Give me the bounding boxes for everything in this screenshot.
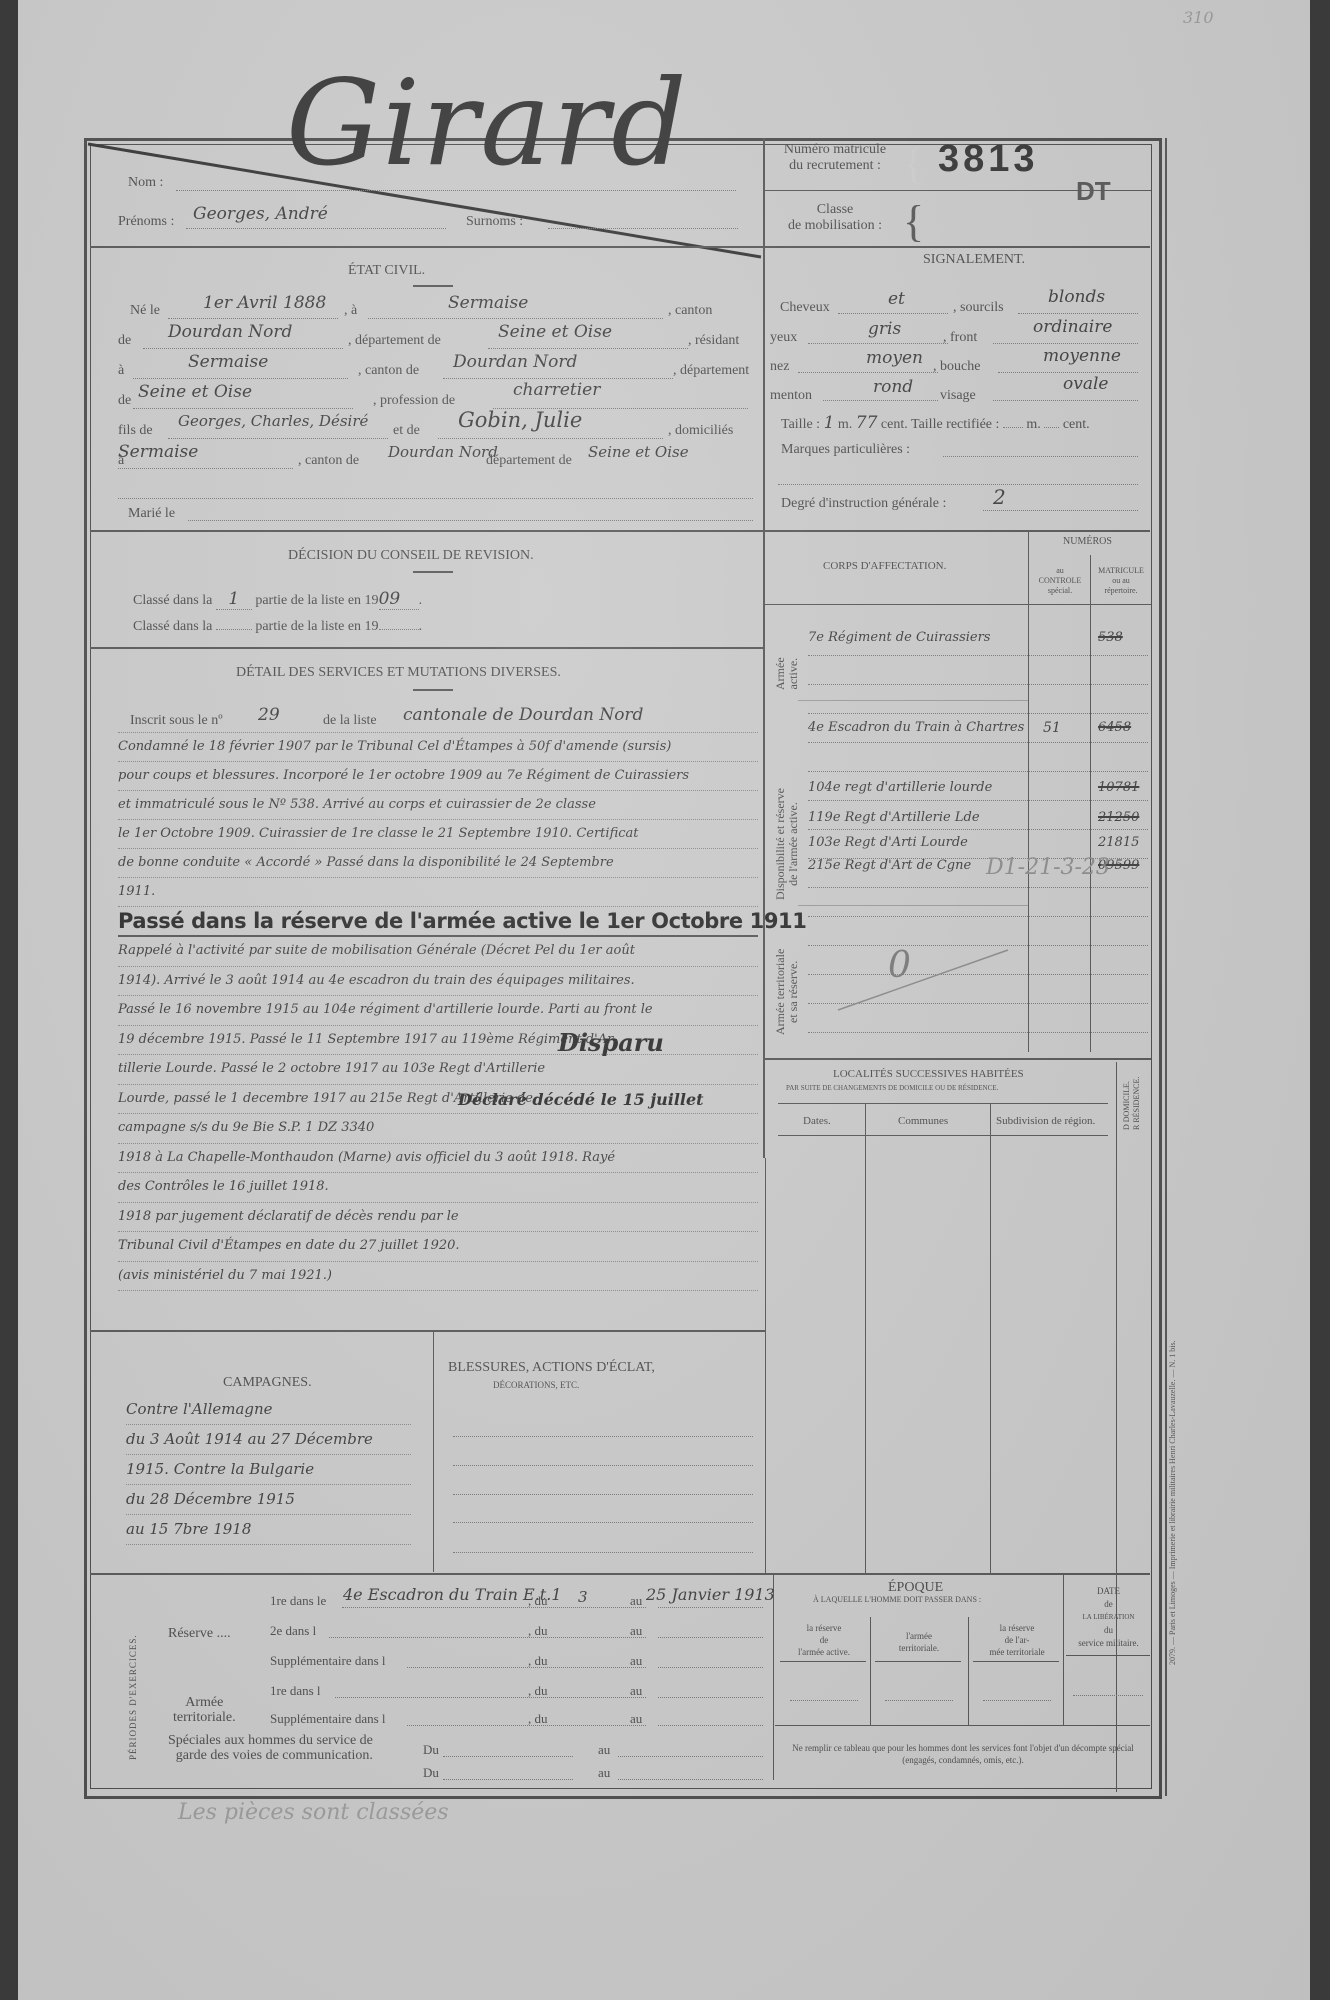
residence-line xyxy=(133,378,348,379)
periode-line xyxy=(443,1756,573,1757)
reserve-line: Passé dans la réserve de l'armée active … xyxy=(118,907,758,937)
header-line: de xyxy=(1066,1598,1151,1611)
periode-line xyxy=(335,1697,646,1698)
canton-residence-line xyxy=(443,378,673,379)
mere-value: Gobin, Julie xyxy=(458,408,582,432)
etat-civil-title: ÉTAT CIVIL. xyxy=(348,263,425,279)
label-line: garde des voies de communication. xyxy=(168,1748,373,1763)
au-value: 25 Janvier 1913 xyxy=(646,1585,775,1604)
epoque-note-divider xyxy=(775,1725,1150,1726)
canton2-label: , canton de xyxy=(358,363,419,379)
col-controle-line: CONTROLE xyxy=(1030,576,1090,586)
a-label: , à xyxy=(344,303,357,319)
handwritten-line: et immatriculé sous le Nº 538. Arrivé au… xyxy=(118,791,758,820)
prenoms-line xyxy=(186,228,446,229)
localites-side-divider xyxy=(1116,1062,1117,1792)
canton3-label: , canton de xyxy=(298,453,359,469)
visage-label: visage xyxy=(940,388,976,404)
campagnes-blessures-divider xyxy=(433,1332,434,1572)
au-label: au xyxy=(598,1765,610,1781)
departement3-label: département de xyxy=(486,453,572,469)
classe-label: Classé dans la xyxy=(133,593,212,608)
armee-active-label: Armée active. xyxy=(774,657,800,690)
corps-header-divider xyxy=(765,604,1151,605)
periode-label: Du xyxy=(423,1742,439,1758)
corps-name: 103e Regt d'Arti Lourde xyxy=(808,835,968,850)
imprimeur-text: 2079. — Paris et Limoges — Imprimerie et… xyxy=(1168,1340,1177,1665)
blessures-title: BLESSURES, ACTIONS D'ÉCLAT, xyxy=(448,1360,655,1376)
matricule-value: 21815 xyxy=(1098,835,1139,850)
degre-instruction-value: 2 xyxy=(993,485,1006,509)
corps-guide-line xyxy=(808,742,1148,743)
date-liberation-divider xyxy=(1063,1575,1064,1725)
pencil-note: Les pièces sont classées xyxy=(178,1800,449,1825)
cheveux-line xyxy=(838,313,948,314)
surnoms-line xyxy=(548,228,738,229)
localites-divider xyxy=(765,1058,1151,1060)
classe-label: Classé dans la xyxy=(133,619,212,634)
residence-value: Sermaise xyxy=(188,352,268,372)
col-matricule-header: MATRICULE ou au répertoire. xyxy=(1091,566,1151,596)
label-line: territoriale. xyxy=(173,1710,236,1725)
fils-de-label: fils de xyxy=(118,423,153,439)
partie-value: 1 xyxy=(216,589,252,610)
header-line: territoriale. xyxy=(873,1642,965,1654)
header-line: la réserve xyxy=(971,1622,1063,1634)
localites-col-dates: Dates. xyxy=(803,1115,831,1127)
group-label-line: de l'armée active. xyxy=(787,788,800,900)
yeux-label: yeux xyxy=(770,330,797,346)
sourcils-value: blonds xyxy=(1048,287,1105,307)
periode-label: 2e dans l xyxy=(270,1623,316,1639)
du-label: , du xyxy=(528,1593,548,1609)
taille-label: Taille : xyxy=(781,417,820,432)
periode-line xyxy=(329,1637,647,1638)
ne-le-line xyxy=(168,318,338,319)
matricule-value: 3813 xyxy=(938,138,1039,181)
handwritten-line: du 28 Décembre 1915 xyxy=(126,1485,411,1515)
handwritten-line: pour coups et blessures. Incorporé le 1e… xyxy=(118,762,758,791)
au-label: au xyxy=(630,1593,642,1609)
corps-guide-line xyxy=(808,713,1148,714)
signalement-title: SIGNALEMENT. xyxy=(923,252,1025,268)
col-controle-header: au CONTROLE spécial. xyxy=(1030,566,1090,596)
corps-name: 4e Escadron du Train à Chartres xyxy=(808,720,1024,735)
title-underline xyxy=(413,689,453,691)
au-line xyxy=(658,1667,763,1668)
group-separator xyxy=(798,905,1028,906)
ne-le-value: 1er Avril 1888 xyxy=(203,293,326,313)
corps-guide-line xyxy=(808,1032,1148,1033)
handwritten-line: Tribunal Civil d'Étampes en date du 27 j… xyxy=(118,1232,758,1262)
date-liberation-header: DATE de LA LIBÉRATION du service militai… xyxy=(1066,1585,1151,1650)
label-line: Armée xyxy=(173,1695,236,1710)
du-value: 3 xyxy=(578,1588,588,1606)
header-line: de l'ar- xyxy=(971,1634,1063,1646)
menton-label: menton xyxy=(770,388,812,404)
header-line: de xyxy=(778,1634,870,1646)
handwritten-line: campagne s/s du 9e Bie S.P. 1 DZ 3340 xyxy=(118,1114,758,1144)
services-title: DÉTAIL DES SERVICES ET MUTATIONS DIVERSE… xyxy=(236,665,561,681)
pere-line xyxy=(168,438,388,439)
corps-name: 119e Regt d'Artillerie Lde xyxy=(808,810,980,825)
col-controle-line: au xyxy=(1030,566,1090,576)
corps-affectation-header: CORPS D'AFFECTATION. xyxy=(823,560,946,572)
periode-line xyxy=(342,1607,647,1608)
au-label: au xyxy=(630,1711,642,1727)
departement-label: , département de xyxy=(348,333,441,349)
marie-line xyxy=(188,520,753,521)
header-line: service militaire. xyxy=(1066,1637,1151,1650)
disponibilite-reserve-label: Disponibilité et réserve de l'armée acti… xyxy=(774,788,800,900)
title-underline xyxy=(413,285,453,287)
handwritten-line: Condamné le 18 février 1907 par le Tribu… xyxy=(118,733,758,762)
partie-label: partie de la liste en 19 xyxy=(255,619,378,634)
handwritten-line: du 3 Août 1914 au 27 Décembre xyxy=(126,1425,411,1455)
au-label: au xyxy=(598,1742,610,1758)
taille-rectifiee-m-label: m. xyxy=(1026,417,1040,432)
profession-value: charretier xyxy=(513,380,600,400)
visage-value: ovale xyxy=(1063,374,1108,394)
degre-instruction-line xyxy=(983,510,1138,511)
col-matricule-line: répertoire. xyxy=(1091,586,1151,596)
du-label: , du xyxy=(528,1683,548,1699)
right-rule xyxy=(1165,138,1167,1796)
conseil-row-2: Classé dans la partie de la liste en 19. xyxy=(133,619,422,635)
matricule-label-1: Numéro matricule xyxy=(770,142,900,158)
campagnes-divider xyxy=(90,1330,765,1332)
date-liberation-line xyxy=(1073,1695,1143,1696)
domicilies-label: , domiciliés xyxy=(668,423,733,439)
marie-label: Marié le xyxy=(128,506,175,522)
classe-label: Classe de mobilisation : xyxy=(770,202,900,234)
bouche-line xyxy=(998,372,1138,373)
corps-guide-line xyxy=(808,829,1148,830)
side-column-label: R RÉSIDENCE. xyxy=(1132,1077,1142,1130)
blessures-subtitle: DÉCORATIONS, ETC. xyxy=(493,1380,579,1390)
periodes-side-label: PÉRIODES D'EXERCICES. xyxy=(128,1634,138,1760)
domicile-parents-value: Sermaise xyxy=(118,442,198,462)
matricule-col-divider xyxy=(1090,555,1091,1052)
taille-cent-label: cent. xyxy=(881,417,908,432)
handwritten-line: 1918 à La Chapelle-Monthaudon (Marne) av… xyxy=(118,1144,758,1174)
canton-residence-value: Dourdan Nord xyxy=(453,352,577,372)
brace-icon: { xyxy=(903,138,924,189)
departement-residence-line xyxy=(133,408,353,409)
header-strike-line xyxy=(86,142,766,262)
yeux-line xyxy=(808,343,948,344)
nez-value: moyen xyxy=(866,348,923,368)
profession-label: , profession de xyxy=(373,393,455,409)
col-controle-line: spécial. xyxy=(1030,586,1090,596)
classe-label-1: Classe xyxy=(770,202,900,218)
epoque-col-rule xyxy=(780,1661,866,1662)
taille-cent-value: 77 xyxy=(856,413,878,433)
conseil-row-1: Classé dans la 1 partie de la liste en 1… xyxy=(133,589,422,610)
header-line: LA LIBÉRATION xyxy=(1066,1611,1151,1624)
handwritten-line: des Contrôles le 16 juillet 1918. xyxy=(118,1173,758,1203)
du-label: , du xyxy=(528,1711,548,1727)
periodes-divider xyxy=(90,1573,1150,1575)
front-line xyxy=(993,343,1138,344)
stamp-dt: DT xyxy=(1076,176,1111,207)
handwritten-line: 1914). Arrivé le 3 août 1914 au 4e escad… xyxy=(118,967,758,997)
et-de-label: et de xyxy=(393,423,420,439)
nez-label: nez xyxy=(770,359,789,375)
domicile-extra-line xyxy=(118,498,753,499)
date-liberation-rule xyxy=(1066,1655,1150,1656)
nom-label: Nom : xyxy=(128,175,163,191)
au-line xyxy=(618,1779,763,1780)
canton-naissance-value: Dourdan Nord xyxy=(168,322,292,342)
inscrit-numero-value: 29 xyxy=(258,705,280,725)
epoque-column-header: l'arméeterritoriale. xyxy=(873,1630,965,1654)
handwritten-line: 1915. Contre la Bulgarie xyxy=(126,1455,411,1485)
annee-value: 09 xyxy=(379,589,419,610)
localites-col-subdivision: Subdivision de région. xyxy=(996,1115,1095,1127)
departement-naissance-value: Seine et Oise xyxy=(498,322,612,342)
handwritten-line: le 1er Octobre 1909. Cuirassier de 1re c… xyxy=(118,820,758,849)
au-label: au xyxy=(630,1683,642,1699)
domicile-parents-line xyxy=(118,468,293,469)
speciales-label: Spéciales aux hommes du service de garde… xyxy=(168,1733,373,1763)
yeux-value: gris xyxy=(868,319,901,339)
au-line xyxy=(658,1725,763,1726)
header-line: l'armée active. xyxy=(778,1646,870,1658)
epoque-note: Ne remplir ce tableau que pour les homme… xyxy=(783,1742,1143,1766)
col-matricule-line: MATRICULE xyxy=(1091,566,1151,576)
brace-icon: { xyxy=(903,196,924,247)
marques-line-2 xyxy=(778,484,1138,485)
inscrit-row: Inscrit sous le nº 29 de la liste canton… xyxy=(118,705,758,733)
epoque-col-rule xyxy=(875,1661,961,1662)
blessures-line xyxy=(453,1552,753,1553)
de-label: de xyxy=(118,333,131,349)
au-label: au xyxy=(630,1623,642,1639)
annee-value xyxy=(379,629,419,630)
front-value: ordinaire xyxy=(1033,317,1112,337)
group-label-line: active. xyxy=(787,657,800,690)
bouche-label: , bouche xyxy=(933,359,980,375)
liste-value: cantonale de Dourdan Nord xyxy=(403,705,643,725)
bouche-value: moyenne xyxy=(1043,346,1121,366)
localites-title: LOCALITÉS SUCCESSIVES HABITÉES xyxy=(833,1068,1024,1080)
localites-side-columns: D DOMICILE. R RÉSIDENCE. xyxy=(1122,1077,1142,1130)
surnoms-label: Surnoms : xyxy=(466,214,523,230)
services-lines: Condamné le 18 février 1907 par le Tribu… xyxy=(118,733,758,907)
periode-label: Supplémentaire dans l xyxy=(270,1653,386,1669)
label-line: Spéciales aux hommes du service de xyxy=(168,1733,373,1748)
corps-guide-line xyxy=(808,684,1148,685)
departement-residence-value: Seine et Oise xyxy=(138,382,252,402)
au-line xyxy=(658,1607,763,1608)
menton-line xyxy=(823,400,938,401)
handwritten-line: Contre l'Allemagne xyxy=(126,1395,411,1425)
nom-line xyxy=(176,190,736,191)
periode-line xyxy=(443,1779,573,1780)
corps-name: 7e Régiment de Cuirassiers xyxy=(808,630,990,645)
localites-col-divider xyxy=(865,1103,866,1573)
armee-territoriale-label: Armée territoriale et sa réserve. xyxy=(774,949,800,1035)
au-line xyxy=(658,1697,763,1698)
periode-label: Du xyxy=(423,1765,439,1781)
matricule-value: 6458 xyxy=(1098,720,1131,735)
epoque-column-header: la réservedel'armée active. xyxy=(778,1622,870,1658)
localites-col-header-rule xyxy=(778,1135,1108,1136)
periode-line xyxy=(407,1667,647,1668)
epoque-title: ÉPOQUE xyxy=(888,1580,943,1596)
handwritten-line: au 15 7bre 1918 xyxy=(126,1515,411,1545)
pere-value: Georges, Charles, Désiré xyxy=(178,412,368,430)
page-corner-number: 310 xyxy=(1183,8,1214,27)
register-page: 310 Girard Nom : Prénoms : Georges, Andr… xyxy=(18,0,1310,2000)
residant-label: , résidant xyxy=(688,333,739,349)
localites-left-divider xyxy=(765,1158,766,1573)
corps-guide-line xyxy=(808,800,1148,801)
section-divider xyxy=(90,530,1150,532)
declare-deces-text: Déclaré décédé le 15 juillet xyxy=(458,1090,704,1109)
menton-value: rond xyxy=(873,377,913,397)
sourcils-line xyxy=(1018,313,1138,314)
lieu-naissance-value: Sermaise xyxy=(448,293,528,313)
liste-label: de la liste xyxy=(323,713,377,729)
header-line: mée territoriale xyxy=(971,1646,1063,1658)
epoque-col-rule xyxy=(973,1661,1059,1662)
epoque-column-header: la réservede l'ar-mée territoriale xyxy=(971,1622,1063,1658)
matricule-label: Numéro matricule du recrutement : xyxy=(770,142,900,174)
departement-parents-value: Seine et Oise xyxy=(588,443,689,461)
sourcils-label: , sourcils xyxy=(953,300,1004,316)
canton-parents-value: Dourdan Nord xyxy=(388,443,498,461)
armee-territoriale-periode-label: Armée territoriale. xyxy=(173,1695,236,1725)
corps-annotation: D1-21-3-23 xyxy=(986,855,1110,880)
conseil-revision-title: DÉCISION DU CONSEIL DE REVISION. xyxy=(288,548,534,564)
corps-guide-line xyxy=(808,655,1148,656)
marques-label: Marques particulières : xyxy=(781,442,910,458)
matricule-value: 10781 xyxy=(1098,780,1139,795)
header-line: la réserve xyxy=(778,1622,870,1634)
disparu-text: Disparu xyxy=(558,1028,664,1057)
corps-guide-line xyxy=(808,916,1148,917)
numeros-header: NUMÉROS xyxy=(1063,536,1112,547)
cheveux-label: Cheveux xyxy=(780,300,830,316)
handwritten-line: tillerie Lourde. Passé le 2 octobre 1917… xyxy=(118,1055,758,1085)
periode-label: Supplémentaire dans l xyxy=(270,1711,386,1727)
matricule-value: 538 xyxy=(1098,630,1123,645)
partie-value xyxy=(216,629,252,630)
header-line: du xyxy=(1066,1624,1151,1637)
mere-line xyxy=(438,438,663,439)
blessures-line xyxy=(453,1436,753,1437)
localites-subtitle: PAR SUITE DE CHANGEMENTS DE DOMICILE OU … xyxy=(786,1084,998,1092)
matricule-label-2: du recrutement : xyxy=(770,158,900,174)
prenoms-value: Georges, André xyxy=(193,204,328,224)
conseil-divider xyxy=(90,647,765,649)
degre-instruction-label: Degré d'instruction générale : xyxy=(781,496,946,512)
ne-le-label: Né le xyxy=(130,303,160,319)
services-block: Inscrit sous le nº 29 de la liste canton… xyxy=(118,705,758,1291)
nez-line xyxy=(798,372,938,373)
controle-value: 51 xyxy=(1043,720,1061,736)
handwritten-line: de bonne conduite « Accordé » Passé dans… xyxy=(118,849,758,878)
du-label: , du xyxy=(528,1623,548,1639)
prenoms-label: Prénoms : xyxy=(118,214,174,230)
handwritten-line: Rappelé à l'activité par suite de mobili… xyxy=(118,937,758,967)
campagnes-lines: Contre l'Allemagnedu 3 Août 1914 au 27 D… xyxy=(126,1395,411,1545)
partie-label: partie de la liste en 19 xyxy=(255,593,378,608)
blessures-line xyxy=(453,1522,753,1523)
visage-line xyxy=(993,400,1138,401)
periode-label: 1re dans l xyxy=(270,1683,321,1699)
periode-line xyxy=(407,1725,647,1726)
reserve-label: Réserve .... xyxy=(168,1626,231,1642)
epoque-col-divider xyxy=(968,1617,969,1725)
front-label: , front xyxy=(943,330,977,346)
handwritten-line: (avis ministériel du 7 mai 1921.) xyxy=(118,1262,758,1292)
group-separator xyxy=(798,700,1028,701)
periodes-epoque-divider xyxy=(773,1575,774,1780)
epoque-col-divider xyxy=(870,1617,871,1725)
du-label: , du xyxy=(528,1653,548,1669)
services-lines-2: Rappelé à l'activité par suite de mobili… xyxy=(118,937,758,1291)
taille-rectifiee-cent-label: cent. xyxy=(1063,417,1090,432)
taille-row: Taille : 1 m. 77 cent. Taille rectifiée … xyxy=(781,413,1090,433)
taille-m-value: 1 xyxy=(824,413,835,433)
corps-guide-line xyxy=(808,887,1148,888)
epoque-subtitle: À LAQUELLE L'HOMME DOIT PASSER DANS : xyxy=(813,1595,981,1604)
header-line: l'armée xyxy=(873,1630,965,1642)
canton-label: , canton xyxy=(668,303,712,319)
au-line xyxy=(618,1756,763,1757)
corps-name: 104e regt d'artillerie lourde xyxy=(808,780,992,795)
departement2-label: , département xyxy=(673,363,749,379)
group-label-line: et sa réserve. xyxy=(787,949,800,1035)
header-line: DATE xyxy=(1066,1585,1151,1598)
au-label: au xyxy=(630,1653,642,1669)
a2-label: à xyxy=(118,363,124,379)
lieu-line xyxy=(368,318,663,319)
departement-naissance-line xyxy=(488,348,688,349)
territoriale-strike xyxy=(833,945,1013,1015)
corps-guide-line xyxy=(808,771,1148,772)
handwritten-line: 1918 par jugement déclaratif de décès re… xyxy=(118,1203,758,1233)
handwritten-line: 1911. xyxy=(118,878,758,907)
handwritten-line: Passé le 16 novembre 1915 au 104e régime… xyxy=(118,996,758,1026)
epoque-value-line xyxy=(983,1700,1051,1701)
epoque-value-line xyxy=(885,1700,953,1701)
inscrit-label: Inscrit sous le nº xyxy=(130,713,223,729)
localites-col-divider xyxy=(990,1103,991,1573)
localites-col-communes: Communes xyxy=(898,1115,948,1127)
epoque-value-line xyxy=(790,1700,858,1701)
localites-header-divider xyxy=(778,1103,1108,1104)
col-matricule-line: ou au xyxy=(1091,576,1151,586)
marques-line xyxy=(943,456,1138,457)
header-divider xyxy=(90,246,1150,248)
au-line xyxy=(658,1637,763,1638)
canton-naissance-line xyxy=(143,348,343,349)
de2-label: de xyxy=(118,393,131,409)
side-column-label: D DOMICILE. xyxy=(1122,1077,1132,1130)
title-underline xyxy=(413,571,453,573)
blessures-line xyxy=(453,1465,753,1466)
classe-label-2: de mobilisation : xyxy=(770,218,900,234)
taille-m-label: m. xyxy=(838,417,852,432)
matricule-value: 21250 xyxy=(1098,810,1139,825)
corps-name: 215e Regt d'Art de Cgne xyxy=(808,858,971,873)
periode-label: 1re dans le xyxy=(270,1593,326,1609)
taille-rectifiee-label: Taille rectifiée : xyxy=(911,417,999,432)
